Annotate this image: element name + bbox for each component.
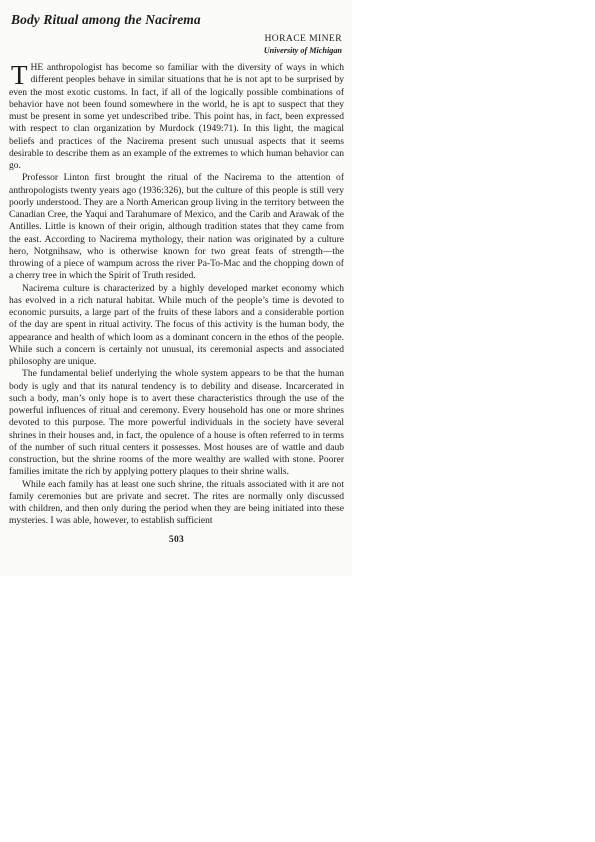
paragraph-1-text: HE anthropologist has become so familiar… <box>9 62 344 171</box>
author-name: HORACE MINER <box>9 33 342 45</box>
byline: HORACE MINER University of Michigan <box>9 33 344 56</box>
paragraph-1: THE anthropologist has become so familia… <box>9 62 344 172</box>
paragraph-3: Nacirema culture is characterized by a h… <box>9 283 344 369</box>
paragraph-5: While each family has at least one such … <box>9 479 344 528</box>
scanned-page: Body Ritual among the Nacirema HORACE MI… <box>0 0 352 576</box>
drop-cap: T <box>11 64 28 86</box>
page-number: 503 <box>9 535 344 545</box>
paragraph-2: Professor Linton first brought the ritua… <box>9 172 344 282</box>
author-affiliation: University of Michigan <box>9 45 342 56</box>
article-body: THE anthropologist has become so familia… <box>9 62 344 528</box>
article-title: Body Ritual among the Nacirema <box>11 11 344 29</box>
paragraph-4: The fundamental belief underlying the wh… <box>9 368 344 478</box>
